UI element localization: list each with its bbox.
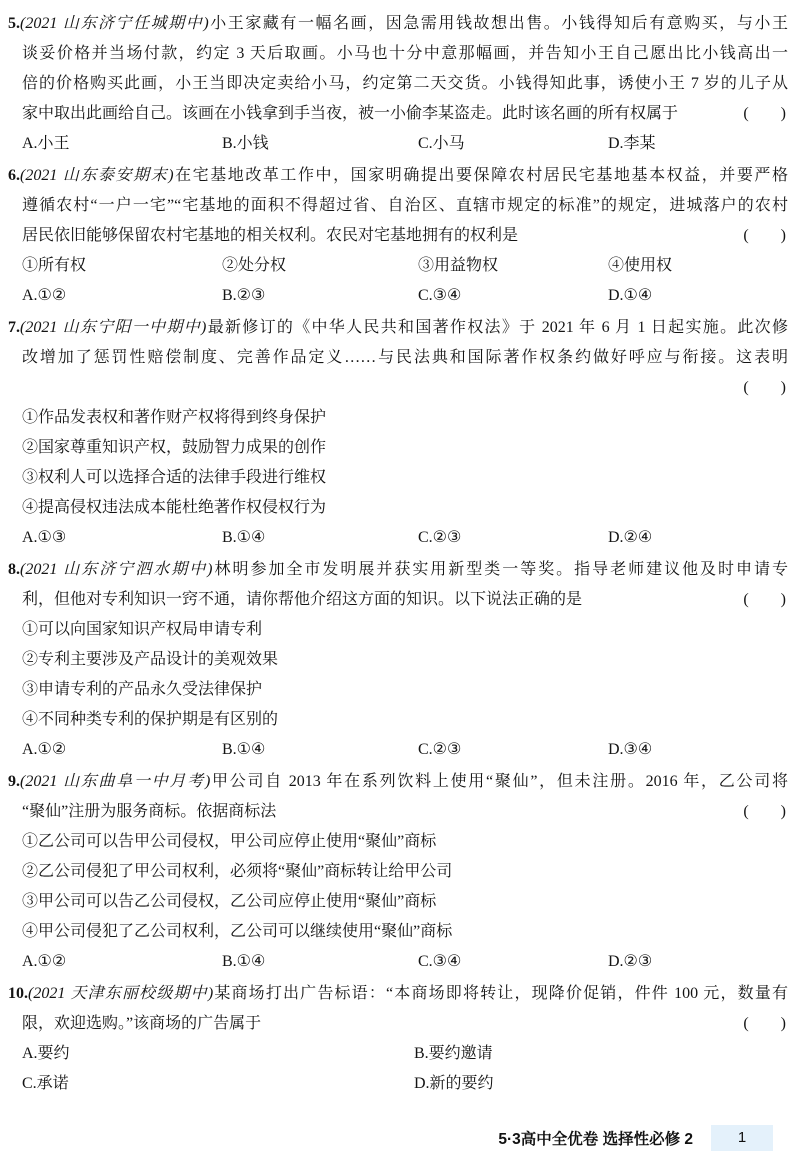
question-source: (2021 山东泰安期末) [20,167,174,184]
stem-text: “聚仙”注册为服务商标。依据商标法 [22,797,276,827]
question-8: 8.(2021 山东济宁泗水期中)林明参加全市发明展并获实用新型类一等奖。指导老… [8,555,788,765]
sub-option: ③权利人可以选择合适的法律手段进行维权 [8,463,788,493]
choice-option: A.①② [22,281,222,311]
stem-text: 甲公司自 2013 年在系列饮料上使用“聚仙”，但未注册。2016 年，乙公司将 [210,773,788,790]
choice-row: A.①③ B.①④ C.②③ D.②④ [8,523,788,553]
question-number: 7. [8,319,20,336]
question-source: (2021 山东济宁泗水期中) [20,561,213,578]
stem-line: 5.(2021 山东济宁任城期中)小王家藏有一幅名画，因急需用钱故想出售。小钱得… [8,9,788,39]
choice-row: A.①② B.①④ C.②③ D.③④ [8,735,788,765]
page-number-badge: 1 [711,1125,773,1151]
stem-line: 利，但他对专利知识一窍不通，请你帮他介绍这方面的知识。以下说法正确的是( ) [8,585,788,615]
choice-option: A.①③ [22,523,222,553]
sub-option: ④不同种类专利的保护期是有区别的 [8,705,788,735]
stem-line: 10.(2021 天津东丽校级期中)某商场打出广告标语：“本商场即将转让，现降价… [8,979,788,1009]
answer-bracket: ( ) [743,99,788,129]
choice-row: A.①② B.②③ C.③④ D.①④ [8,281,788,311]
choice-option: D.①④ [608,281,788,311]
answer-bracket: ( ) [743,585,788,615]
choice-option: D.②④ [608,523,788,553]
choice-option: C.③④ [418,947,608,977]
choice-option: A.①② [22,735,222,765]
page-footer: 5·3高中全优卷 选择性必修 2 1 [8,1125,788,1151]
stem-text: 居民依旧能够保留农村宅基地的相关权利。农民对宅基地拥有的权利是 [22,221,518,251]
question-source: (2021 山东济宁任城期中) [20,15,209,32]
stem-text: 在宅基地改革工作中，国家明确提出要保障农村居民宅基地基本权益，并要严格 [174,167,788,184]
stem-text: 限，欢迎选购。”该商场的广告属于 [22,1009,261,1039]
stem-line: 6.(2021 山东泰安期末)在宅基地改革工作中，国家明确提出要保障农村居民宅基… [8,161,788,191]
choice-option: B.①④ [222,735,418,765]
choice-option: D.李某 [608,129,788,159]
stem-text: 林明参加全市发明展并获实用新型类一等奖。指导老师建议他及时申请专 [213,561,788,578]
stem-line: 倍的价格购买此画，小王当即决定卖给小马，约定第二天交货。小钱得知此事，诱使小王 … [8,69,788,99]
question-5: 5.(2021 山东济宁任城期中)小王家藏有一幅名画，因急需用钱故想出售。小钱得… [8,9,788,159]
choice-option: C.③④ [418,281,608,311]
stem-text: 某商场打出广告标语：“本商场即将转让，现降价促销，件件 100 元，数量有 [213,985,788,1002]
exam-page: 5.(2021 山东济宁任城期中)小王家藏有一幅名画，因急需用钱故想出售。小钱得… [0,0,800,1162]
choice-option: C.小马 [418,129,608,159]
choice-option: D.新的要约 [414,1069,788,1099]
choice-row: A.要约 B.要约邀请 C.承诺 D.新的要约 [8,1039,788,1099]
stem-text: 家中取出此画给自己。该画在小钱拿到手当夜，被一小偷李某盗走。此时该名画的所有权属… [22,99,678,129]
answer-bracket: ( ) [743,373,788,403]
choice-option: B.①④ [222,523,418,553]
question-6: 6.(2021 山东泰安期末)在宅基地改革工作中，国家明确提出要保障农村居民宅基… [8,161,788,311]
sub-option: ②国家尊重知识产权，鼓励智力成果的创作 [8,433,788,463]
question-source: (2021 山东曲阜一中月考) [20,773,210,790]
sub-option: ②处分权 [222,251,418,281]
choice-option: D.②③ [608,947,788,977]
sub-option: ①乙公司可以告甲公司侵权，甲公司应停止使用“聚仙”商标 [8,827,788,857]
stem-line: ( ) [8,373,788,403]
choice-option: A.小王 [22,129,222,159]
stem-line: 8.(2021 山东济宁泗水期中)林明参加全市发明展并获实用新型类一等奖。指导老… [8,555,788,585]
choice-option: B.②③ [222,281,418,311]
sub-option: ④甲公司侵犯了乙公司权利，乙公司可以继续使用“聚仙”商标 [8,917,788,947]
question-9: 9.(2021 山东曲阜一中月考)甲公司自 2013 年在系列饮料上使用“聚仙”… [8,767,788,977]
stem-line: 限，欢迎选购。”该商场的广告属于( ) [8,1009,788,1039]
stem-text: 利，但他对专利知识一窍不通，请你帮他介绍这方面的知识。以下说法正确的是 [22,585,582,615]
sub-option: ②专利主要涉及产品设计的美观效果 [8,645,788,675]
choice-option: C.②③ [418,523,608,553]
sub-option: ③甲公司可以告乙公司侵权，乙公司应停止使用“聚仙”商标 [8,887,788,917]
answer-bracket: ( ) [743,797,788,827]
sub-option: ③用益物权 [418,251,608,281]
sub-option-row: ①所有权 ②处分权 ③用益物权 ④使用权 [8,251,788,281]
sub-option: ③申请专利的产品永久受法律保护 [8,675,788,705]
choice-option: A.①② [22,947,222,977]
stem-text: 小王家藏有一幅名画，因急需用钱故想出售。小钱得知后有意购买，与小王 [209,15,788,32]
sub-option: ①作品发表权和著作财产权将得到终身保护 [8,403,788,433]
answer-bracket: ( ) [743,221,788,251]
choice-row: A.①② B.①④ C.③④ D.②③ [8,947,788,977]
sub-option: ④提高侵权违法成本能杜绝著作权侵权行为 [8,493,788,523]
choice-row: A.小王 B.小钱 C.小马 D.李某 [8,129,788,159]
choice-option: A.要约 [22,1039,414,1069]
sub-option: ①可以向国家知识产权局申请专利 [8,615,788,645]
question-source: (2021 天津东丽校级期中) [28,985,213,1002]
question-7: 7.(2021 山东宁阳一中期中)最新修订的《中华人民共和国著作权法》于 202… [8,313,788,553]
stem-line: 谈妥价格并当场付款，约定 3 天后取画。小马也十分中意那幅画，并告知小王自己愿出… [8,39,788,69]
question-number: 5. [8,15,20,32]
question-source: (2021 山东宁阳一中期中) [20,319,206,336]
stem-line: 7.(2021 山东宁阳一中期中)最新修订的《中华人民共和国著作权法》于 202… [8,313,788,343]
stem-line: “聚仙”注册为服务商标。依据商标法( ) [8,797,788,827]
sub-option: ②乙公司侵犯了甲公司权利，必须将“聚仙”商标转让给甲公司 [8,857,788,887]
question-number: 8. [8,561,20,578]
stem-line: 居民依旧能够保留农村宅基地的相关权利。农民对宅基地拥有的权利是( ) [8,221,788,251]
stem-text: 最新修订的《中华人民共和国著作权法》于 2021 年 6 月 1 日起实施。此次… [206,319,788,336]
question-10: 10.(2021 天津东丽校级期中)某商场打出广告标语：“本商场即将转让，现降价… [8,979,788,1099]
sub-option: ④使用权 [608,251,788,281]
choice-option: B.①④ [222,947,418,977]
stem-line: 家中取出此画给自己。该画在小钱拿到手当夜，被一小偷李某盗走。此时该名画的所有权属… [8,99,788,129]
choice-option: D.③④ [608,735,788,765]
answer-bracket: ( ) [743,1009,788,1039]
choice-option: C.②③ [418,735,608,765]
choice-option: B.要约邀请 [414,1039,788,1069]
stem-line: 改增加了惩罚性赔偿制度、完善作品定义……与民法典和国际著作权条约做好呼应与衔接。… [8,343,788,373]
question-number: 6. [8,167,20,184]
stem-line: 9.(2021 山东曲阜一中月考)甲公司自 2013 年在系列饮料上使用“聚仙”… [8,767,788,797]
sub-option: ①所有权 [22,251,222,281]
book-title: 5·3高中全优卷 选择性必修 2 [498,1127,693,1149]
stem-line: 遵循农村“一户一宅”“宅基地的面积不得超过省、自治区、直辖市规定的标准”的规定，… [8,191,788,221]
question-number: 10. [8,985,28,1002]
choice-option: B.小钱 [222,129,418,159]
choice-option: C.承诺 [22,1069,414,1099]
question-number: 9. [8,773,20,790]
